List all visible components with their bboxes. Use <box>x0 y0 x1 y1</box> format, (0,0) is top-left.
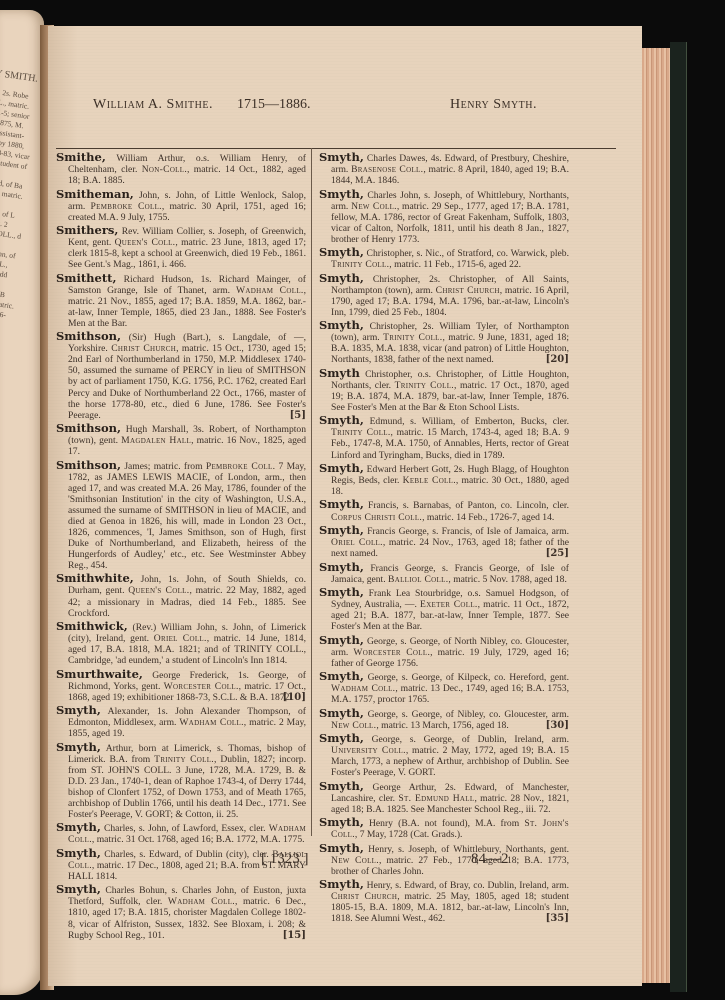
column-divider <box>311 148 312 836</box>
entry-surname: Smyth, <box>319 523 364 537</box>
register-entry: Smyth, Henry (B.A. not found), M.A. from… <box>319 817 569 840</box>
previous-page-sliver: RY SMITH. ayne, 2s. RobeCOLL., matric.r … <box>0 10 44 995</box>
entry-matriculation: , matric. 5 Nov. 1788, aged 18. <box>448 574 566 585</box>
entry-college: Worcester Coll. <box>164 681 239 692</box>
entry-matriculation: , matric. 14 Feb., 1726-7, aged 14. <box>422 512 554 523</box>
register-entry: Smyth, George, s. George, of Nibley, co.… <box>319 708 569 731</box>
entry-surname: Smithwick, <box>56 619 128 633</box>
entry-college: Trinity Coll. <box>383 332 442 343</box>
register-entry: Smithwick, (Rev.) William John, s. John,… <box>56 621 306 666</box>
left-column: Smithe, William Arthur, o.s. William Hen… <box>56 152 306 943</box>
register-entry: Smithwhite, John, 1s. John, of South Shi… <box>56 573 306 618</box>
entry-surname: Smyth, <box>319 271 364 285</box>
entry-college: New Coll. <box>331 855 379 866</box>
entry-college: Queen's Coll. <box>115 237 176 248</box>
entry-surname: Smyth, <box>319 560 364 574</box>
register-entry: Smyth Christopher, o.s. Christopher, of … <box>319 368 569 413</box>
entry-matriculation: 7 May, 1782, as JAMES LEWIS MACIE, of Lo… <box>68 461 306 571</box>
register-entry: Smyth, Frank Lea Stourbridge, o.s. Samue… <box>319 587 569 632</box>
register-entry: Smyth, Charles Dawes, 4s. Edward, of Pre… <box>319 152 569 186</box>
entry-surname: Smyth, <box>56 703 101 717</box>
entry-surname: Smyth, <box>319 585 364 599</box>
entry-matriculation: , 7 May, 1728 (Cat. Grads.). <box>355 829 463 840</box>
page-edges <box>642 48 670 983</box>
entry-surname: Smithson, <box>56 329 121 343</box>
register-entry: Smitheman, John, s. John, of Little Wenl… <box>56 189 306 223</box>
register-entry: Smyth, Edmund, s. William, of Emberton, … <box>319 415 569 460</box>
entry-college: Oriel Coll. <box>331 537 383 548</box>
entry-count-marker: [35] <box>558 913 569 924</box>
entry-matriculation: , matric. 31 Oct. 1768, aged 16; B.A. 17… <box>92 834 305 845</box>
entry-college: Trinity Coll. <box>395 380 454 391</box>
entry-surname: Smyth, <box>319 779 364 793</box>
register-entry: Smyth, Arthur, born at Limerick, s. Thom… <box>56 742 306 820</box>
register-entry: Smithson, (Sir) Hugh (Bart.), s. Langdal… <box>56 331 306 420</box>
register-entry: Smyth, George, s. George, of North Nible… <box>319 635 569 669</box>
register-entry: Smithett, Richard Hudson, 1s. Richard Ma… <box>56 273 306 329</box>
register-entry: Smyth, Christopher, s. Nic., of Stratfor… <box>319 247 569 270</box>
entry-details: Edmund, s. William, of Emberton, Bucks, … <box>370 416 569 427</box>
register-entry: Smithson, James; matric. from Pembroke C… <box>56 460 306 571</box>
entry-college: Trinity Coll. <box>154 754 214 765</box>
entry-surname: Smyth, <box>319 706 364 720</box>
register-entry: Smithson, Hugh Marshall, 3s. Robert, of … <box>56 423 306 457</box>
entry-details: Charles, s. John, of Lawford, Essex, cle… <box>104 823 269 834</box>
entry-details: George, s. George, of Nibley, co. Glouce… <box>368 709 569 720</box>
entry-surname: Smyth, <box>319 245 364 259</box>
entry-college: Keble Coll. <box>403 475 456 486</box>
entry-surname: Smurthwaite, <box>56 667 143 681</box>
register-entry: Smyth, Christopher, 2s. Christopher, of … <box>319 273 569 318</box>
entry-surname: Smyth, <box>56 882 101 896</box>
entry-college: Wadham Coll. <box>168 896 235 907</box>
entry-college: Exeter Coll. <box>420 599 478 610</box>
previous-page-header: RY SMITH. <box>0 68 44 86</box>
register-entry: Smyth, Francis George, s. Francis George… <box>319 562 569 585</box>
entry-college: Queen's Coll. <box>128 585 189 596</box>
entry-details: Henry, s. Joseph, of Whittlebury, Northa… <box>368 844 569 855</box>
entry-college: New Coll. <box>351 201 397 212</box>
book-page: William A. Smithe. 1715—1886. Henry Smyt… <box>48 26 642 986</box>
entry-details: Francis George, s. Francis, of Isle of J… <box>367 526 569 537</box>
entry-college: Corpus Christi Coll. <box>331 512 422 523</box>
register-entry: Smyth, Henry, s. Edward, of Bray, co. Du… <box>319 879 569 924</box>
entry-surname: Smyth, <box>319 497 364 511</box>
entry-surname: Smithe, <box>56 150 106 164</box>
entry-details: James; matric. from <box>124 461 206 472</box>
entry-college: Christ Church <box>111 343 176 354</box>
entry-details: Christopher, s. Nic., of Stratford, co. … <box>367 248 569 259</box>
entry-details: George, s. George, of Kilpeck, co. Heref… <box>368 672 569 683</box>
entry-count-marker: [15] <box>295 930 306 941</box>
entry-college: Worcester Coll. <box>353 647 430 658</box>
register-entry: Smyth, George, s. George, of Kilpeck, co… <box>319 671 569 705</box>
entry-surname: Smyth, <box>319 633 364 647</box>
entry-college: Trinity Coll. <box>331 259 389 270</box>
entry-surname: Smithers, <box>56 223 118 237</box>
entry-college: Trinity Coll. <box>331 427 391 438</box>
register-entry: Smyth, Edward Herbert Gott, 2s. Hugh Bla… <box>319 463 569 497</box>
entry-surname: Smyth, <box>319 413 364 427</box>
register-entry: Smyth, Francis, s. Barnabas, of Panton, … <box>319 499 569 522</box>
register-entry: Smyth, Charles, s. John, of Lawford, Ess… <box>56 822 306 845</box>
entry-surname: Smyth, <box>319 461 364 475</box>
entry-surname: Smyth, <box>319 150 364 164</box>
entry-count-marker: [25] <box>558 548 569 559</box>
entry-surname: Smyth, <box>319 877 364 891</box>
entry-surname: Smithwhite, <box>56 571 134 585</box>
entry-surname: Smyth, <box>319 187 364 201</box>
entry-college: Brasenose Coll. <box>351 164 423 175</box>
entry-college: Christ Church <box>331 891 397 902</box>
running-head-right: Henry Smyth. <box>450 97 537 113</box>
entry-surname: Smyth, <box>319 731 364 745</box>
entry-surname: Smithson, <box>56 421 121 435</box>
book-cover-edge <box>670 42 687 992</box>
entry-college: New Coll. <box>331 720 376 731</box>
entry-college: Balliol Coll. <box>388 574 448 585</box>
register-entry: Smurthwaite, George Frederick, 1s. Georg… <box>56 669 306 703</box>
entry-college: Oriel Coll. <box>154 633 207 644</box>
entry-college: Non-Coll. <box>142 164 187 175</box>
page-number: [ 1323 ] <box>261 851 309 868</box>
entry-details: Henry, s. Edward, of Bray, co. Dublin, I… <box>367 880 569 891</box>
entry-college: Wadham Coll. <box>331 683 395 694</box>
register-entry: Smyth, Alexander, 1s. John Alexander Tho… <box>56 705 306 739</box>
previous-page-text: RY SMITH. ayne, 2s. RobeCOLL., matric.r … <box>0 10 44 876</box>
entry-matriculation: , matric. 11 Feb., 1715-6, aged 22. <box>389 259 521 270</box>
entry-count-marker: [30] <box>558 720 569 731</box>
entry-college: Magdalen Hall <box>121 435 191 446</box>
register-entry: Smyth, Charles John, s. Joseph, of Whitt… <box>319 189 569 245</box>
entry-matriculation: , matric. 15 Oct., 1730, aged 15; 2nd Ea… <box>68 343 306 420</box>
entry-college: St. Edmund Hall <box>398 793 474 804</box>
entry-surname: Smyth, <box>56 846 101 860</box>
register-entry: Smyth, Henry, s. Joseph, of Whittlebury,… <box>319 843 569 877</box>
entry-surname: Smyth, <box>319 841 364 855</box>
register-entry: Smithe, William Arthur, o.s. William Hen… <box>56 152 306 186</box>
running-head-left: William A. Smithe. <box>93 97 213 113</box>
register-entry: Smyth, Charles Bohun, s. Charles John, o… <box>56 884 306 940</box>
entry-details: Henry (B.A. not found), M.A. from <box>369 818 524 829</box>
entry-surname: Smithett, <box>56 271 116 285</box>
header-rule <box>56 148 616 149</box>
entry-college: Wadham Coll. <box>236 285 304 296</box>
entry-surname: Smitheman, <box>56 187 134 201</box>
signature-mark: 84—2 <box>471 851 509 868</box>
register-entry: Smyth, Francis George, s. Francis, of Is… <box>319 525 569 559</box>
entry-surname: Smyth <box>319 366 360 380</box>
entry-surname: Smyth, <box>319 318 364 332</box>
entry-surname: Smyth, <box>56 820 101 834</box>
entry-college: Pembroke Coll. <box>91 201 162 212</box>
right-column: Smyth, Charles Dawes, 4s. Edward, of Pre… <box>319 152 569 927</box>
entry-details: Francis, s. Barnabas, of Panton, co. Lin… <box>368 500 569 511</box>
entry-surname: Smithson, <box>56 458 121 472</box>
entry-count-marker: [5] <box>302 410 306 421</box>
entry-college: University Coll. <box>331 745 406 756</box>
entry-details: George, s. George, of Dublin, Ireland, a… <box>372 734 569 745</box>
entry-matriculation: , matric. 13 March, 1756, aged 18. <box>376 720 508 731</box>
register-entry: Smyth, George, s. George, of Dublin, Ire… <box>319 733 569 778</box>
entry-college: Wadham Coll. <box>179 717 243 728</box>
entry-details: Charles, s. Edward, of Dublin (city), cl… <box>104 849 272 860</box>
register-entry: Smyth, Christopher, 2s. William Tyler, o… <box>319 320 569 365</box>
running-head-years: 1715—1886. <box>237 97 311 113</box>
entry-surname: Smyth, <box>319 669 364 683</box>
entry-college: Pembroke Coll. <box>206 461 275 472</box>
entry-surname: Smyth, <box>56 740 101 754</box>
entry-count-marker: [10] <box>295 692 306 703</box>
entry-count-marker: [20] <box>558 354 569 365</box>
running-head: William A. Smithe. 1715—1886. Henry Smyt… <box>48 97 642 117</box>
entry-college: Christ Church <box>436 285 500 296</box>
register-entry: Smyth, George Arthur, 2s. Edward, of Man… <box>319 781 569 815</box>
entry-surname: Smyth, <box>319 815 364 829</box>
register-entry: Smithers, Rev. William Collier, s. Josep… <box>56 225 306 270</box>
